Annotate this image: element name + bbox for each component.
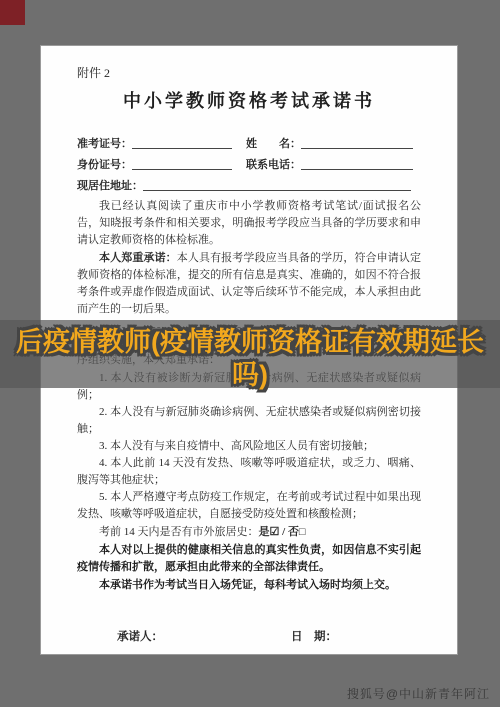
overlay-headline: 后疫情教师(疫情教师资格证有效期延长吗) (0, 326, 500, 392)
travel-question: 考前 14 天内是否有市外旅居史： (99, 526, 259, 538)
paragraph-admission-note: 本承诺书作为考试当日入场凭证，每科考试入场时均须上交。 (77, 577, 421, 594)
exam-no-blank-line (132, 135, 232, 149)
document-body: 我已经认真阅读了重庆市中小学教师资格考试笔试/面试报名公告，知晓报考条件和相关要… (77, 198, 421, 594)
travel-separator: / (279, 526, 288, 538)
paragraph-responsibility: 本人对以上提供的健康相关信息的真实性负责，如因信息不实引起疫情传播和扩散，愿承担… (77, 542, 421, 576)
name-blank-line (301, 135, 413, 149)
form-row-address: 现居住地址： (77, 177, 421, 196)
travel-no-checkbox-empty: 否□ (288, 526, 306, 538)
form-row-exam-name: 准考证号： 姓 名： (77, 135, 421, 154)
list-item-4: 4. 本人此前 14 天没有发热、咳嗽等呼吸道症状，或乏力、咽痛、腹泻等其他症状… (77, 455, 421, 489)
id-no-label: 身份证号： (77, 156, 132, 175)
phone-label: 联系电话： (246, 156, 301, 175)
id-no-blank-line (132, 156, 232, 170)
date-label: 日 期： (291, 628, 337, 644)
signer-label: 承诺人： (117, 628, 163, 644)
address-label: 现居住地址： (77, 177, 143, 196)
form-header-area: 准考证号： 姓 名： 身份证号： 联系电话： 现居住地址： (77, 135, 421, 196)
corner-red-square (0, 0, 25, 25)
exam-no-label: 准考证号： (77, 135, 132, 154)
watermark-text: 搜狐号@中山新青年阿江 (347, 685, 490, 702)
list-item-5: 5. 本人严格遵守考点防疫工作规定，在考前或考试过程中如果出现发热、咳嗽等呼吸道… (77, 489, 421, 523)
address-blank-line (143, 177, 411, 191)
form-row-id-phone: 身份证号： 联系电话： (77, 156, 421, 175)
travel-yes-checkbox-checked: 是☑ (259, 526, 280, 538)
list-item-2: 2. 本人没有与新冠肺炎确诊病例、无症状感染者或疑似病例密切接触； (77, 404, 421, 438)
paragraph-promise: 本人郑重承诺：本人具有报考学段应当具备的学历，符合申请认定教师资格的体检标准，提… (77, 250, 421, 318)
travel-history-line: 考前 14 天内是否有市外旅居史：是☑ / 否□ (77, 524, 421, 541)
attachment-label: 附件 2 (77, 64, 421, 81)
phone-blank-line (301, 156, 413, 170)
name-label: 姓 名： (246, 135, 301, 154)
list-item-3: 3. 本人没有与来自疫情中、高风险地区人员有密切接触； (77, 438, 421, 455)
promise-lead: 本人郑重承诺： (99, 252, 177, 264)
signature-row: 承诺人： 日 期： (77, 628, 421, 644)
paragraph-read-notice: 我已经认真阅读了重庆市中小学教师资格考试笔试/面试报名公告，知晓报考条件和相关要… (77, 198, 421, 249)
document-title: 中小学教师资格考试承诺书 (77, 87, 421, 113)
